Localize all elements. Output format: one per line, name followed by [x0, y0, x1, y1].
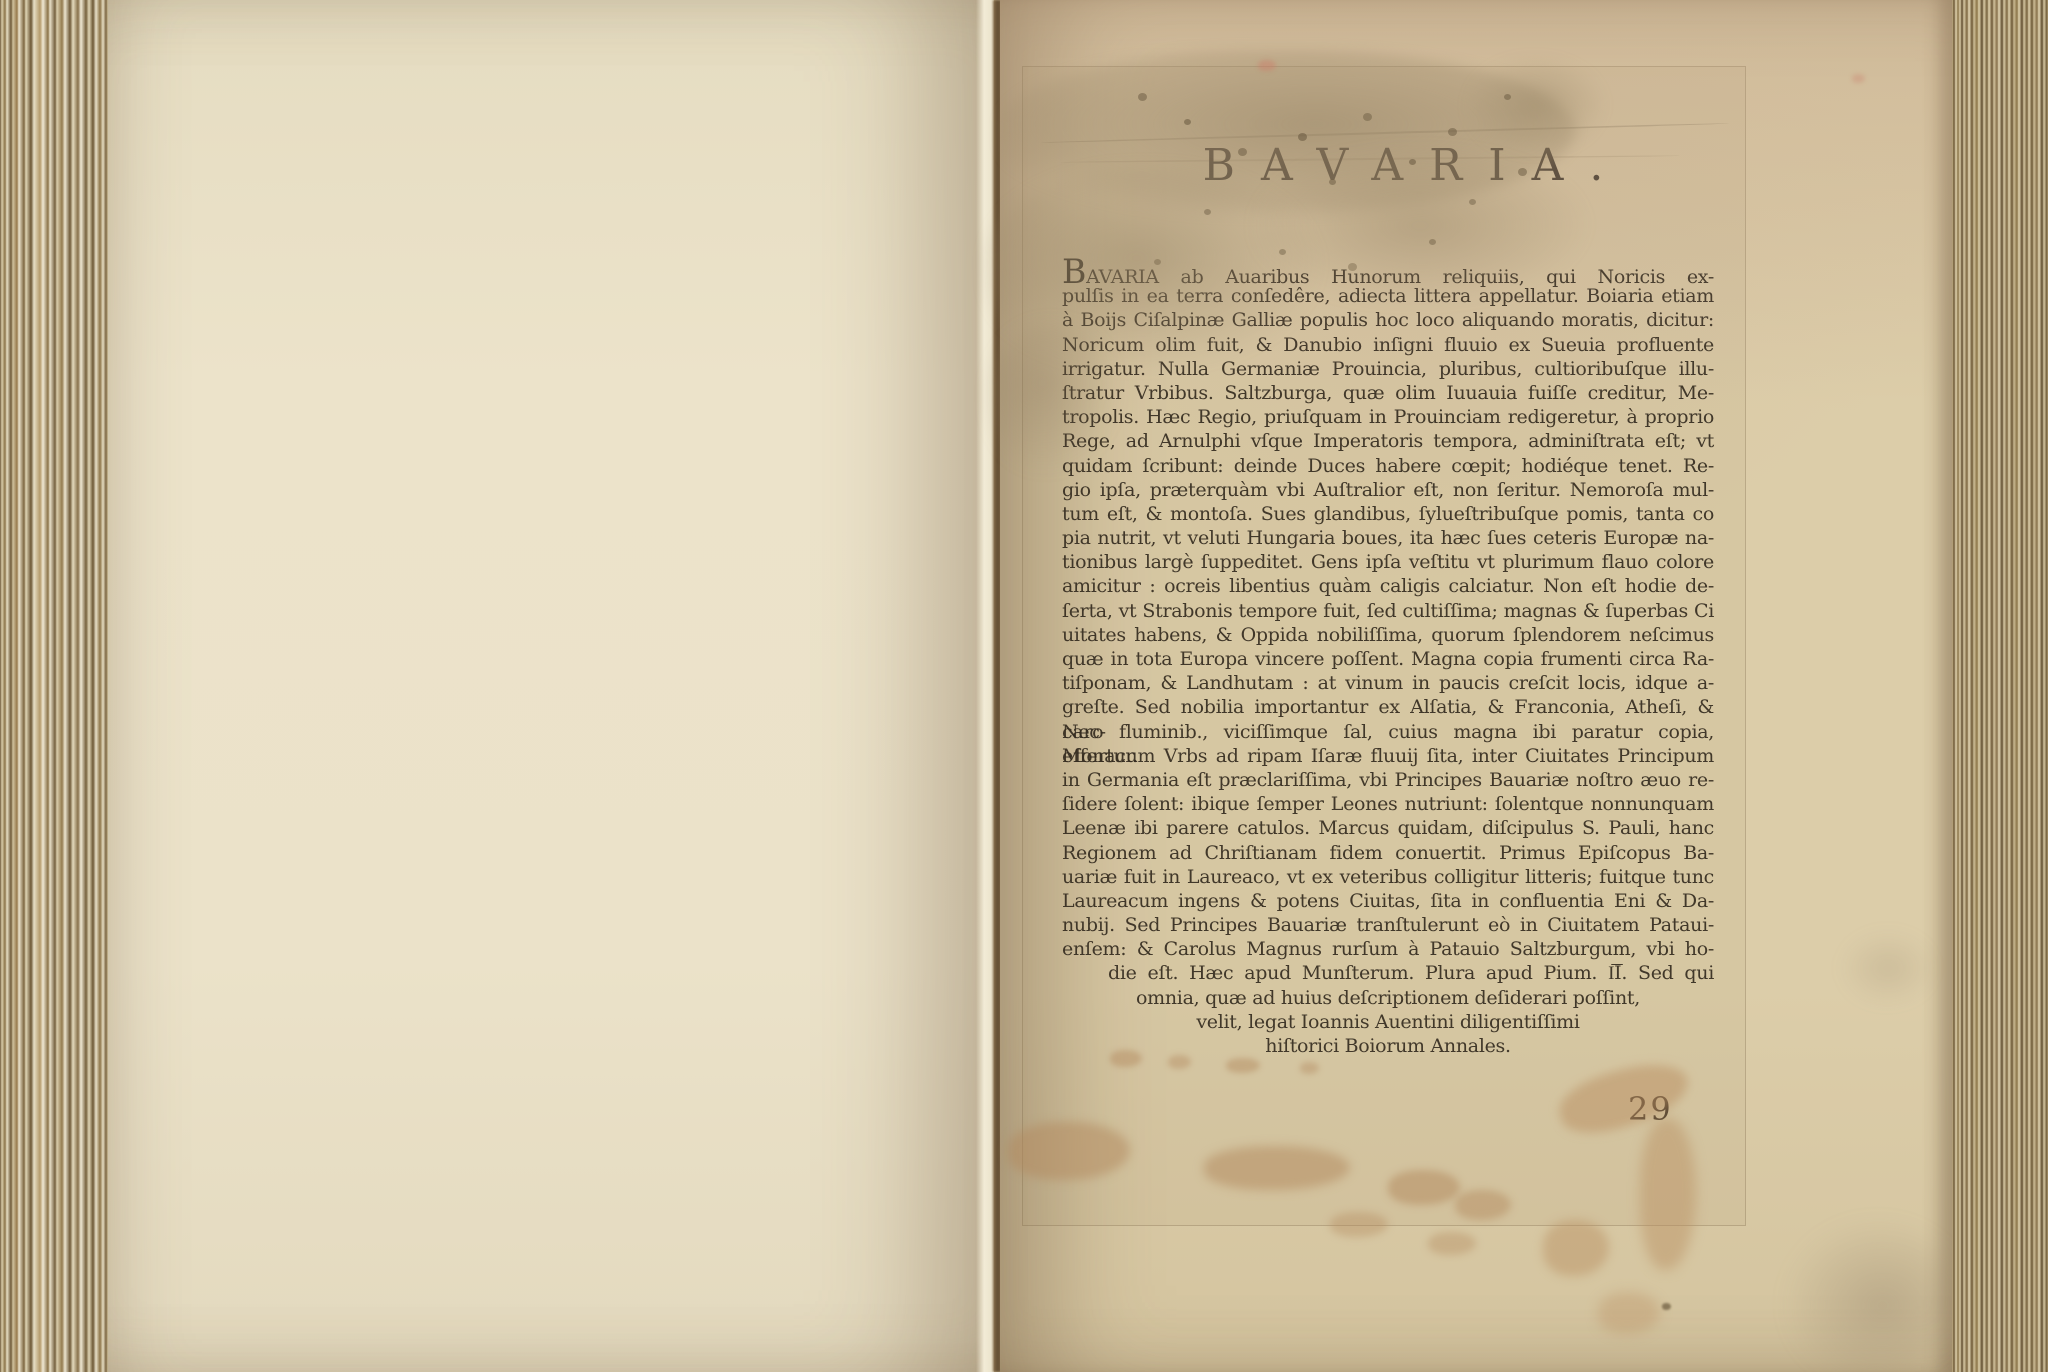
text-line: die eſt. Hæc apud Munſterum. Plura apud …	[1062, 961, 1714, 985]
text-line: ſidere ſolent: ibique ſemper Leones nutr…	[1062, 792, 1714, 816]
ink-spot	[1662, 1303, 1671, 1310]
text-line: amicitur : ocreis libentius quàm caligis…	[1062, 574, 1714, 598]
text-line: uitates habens, & Oppida nobiliſſima, qu…	[1062, 623, 1714, 647]
gutter-highlight	[976, 0, 994, 1372]
text-line: Noricum olim fuit, & Danubio inſigni flu…	[1062, 333, 1714, 357]
text-line: pulſis in ea terra conſedêre, adiecta li…	[1062, 284, 1714, 308]
left-page-blank	[108, 0, 985, 1372]
fore-edge-right	[1952, 0, 2048, 1372]
text-line: caro fluminib., viciſſimque ſal, cuius m…	[1062, 720, 1714, 744]
text-line: tiſponam, & Landhutam : at vinum in pauc…	[1062, 671, 1714, 695]
text-line: enſem: & Carolus Magnus rurſum à Patauio…	[1062, 937, 1714, 961]
text-line: greſte. Sed nobilia importantur ex Alſat…	[1062, 695, 1714, 719]
text-line: omnia, quæ ad huius deſcriptionem deſide…	[1062, 986, 1714, 1010]
page-title: BAVARIA.	[1060, 140, 1746, 191]
text-line: à Boijs Ciſalpinæ Galliæ populis hoc loc…	[1062, 308, 1714, 332]
show-through-stain	[1428, 1232, 1476, 1255]
text-line: hiſtorici Boiorum Annales.	[1062, 1034, 1714, 1058]
text-line: Rege, ad Arnulphi vſque Imperatoris temp…	[1062, 429, 1714, 453]
text-line: Laureacum ingens & potens Ciuitas, ſita …	[1062, 889, 1714, 913]
text-line: BAVARIA ab Auaribus Hunorum reliquiis, q…	[1062, 260, 1714, 284]
edge-smudge	[1842, 932, 1934, 1004]
right-page: BAVARIA. BAVARIA ab Auaribus Hunorum rel…	[1000, 0, 1952, 1372]
text-line: tionibus largè ſuppeditet. Gens ipſa veſ…	[1062, 550, 1714, 574]
text-line: irrigatur. Nulla Germaniæ Prouincia, plu…	[1062, 357, 1714, 381]
pink-spot	[1852, 74, 1865, 83]
text-line: ſerta, vt Strabonis tempore fuit, ſed cu…	[1062, 599, 1714, 623]
text-line: tum eſt, & montoſa. Sues glandibus, ſylu…	[1062, 502, 1714, 526]
text-line: in Germania eſt præclariſſima, vbi Princ…	[1062, 768, 1714, 792]
edge-smudge	[1788, 1222, 1960, 1372]
text-line: Leenæ ibi parere catulos. Marcus quidam,…	[1062, 816, 1714, 840]
text-line: tropolis. Hæc Regio, priuſquam in Prouin…	[1062, 405, 1714, 429]
text-line: quæ in tota Europa vincere poſſent. Magn…	[1062, 647, 1714, 671]
text-line: Monacum Vrbs ad ripam Iſaræ fluuij ſita,…	[1062, 744, 1714, 768]
text-line: Regionem ad Chriſtianam fidem conuertit.…	[1062, 841, 1714, 865]
show-through-stain	[1543, 1220, 1609, 1276]
text-line: uariæ fuit in Laureaco, vt ex veteribus …	[1062, 865, 1714, 889]
text-line: velit, legat Ioannis Auentini diligentiſ…	[1062, 1010, 1714, 1034]
text-line: ſtratur Vrbibus. Saltzburga, quæ olim Iu…	[1062, 381, 1714, 405]
text-line: pia nutrit, vt veluti Hungaria boues, it…	[1062, 526, 1714, 550]
page-number: 29	[1628, 1090, 1708, 1128]
stain-speckles	[1000, 0, 1005, 4]
show-through-stain	[1598, 1292, 1660, 1334]
fore-edge-left	[0, 0, 108, 1372]
text-line: gio ipſa, præterquàm vbi Auſtralior eſt,…	[1062, 478, 1714, 502]
text-line: nubij. Sed Principes Bauariæ tranſtuleru…	[1062, 913, 1714, 937]
open-book: BAVARIA. BAVARIA ab Auaribus Hunorum rel…	[0, 0, 2048, 1372]
body-text: BAVARIA ab Auaribus Hunorum reliquiis, q…	[1062, 260, 1714, 1058]
text-line: quidam ſcribunt: deinde Duces habere cœp…	[1062, 454, 1714, 478]
